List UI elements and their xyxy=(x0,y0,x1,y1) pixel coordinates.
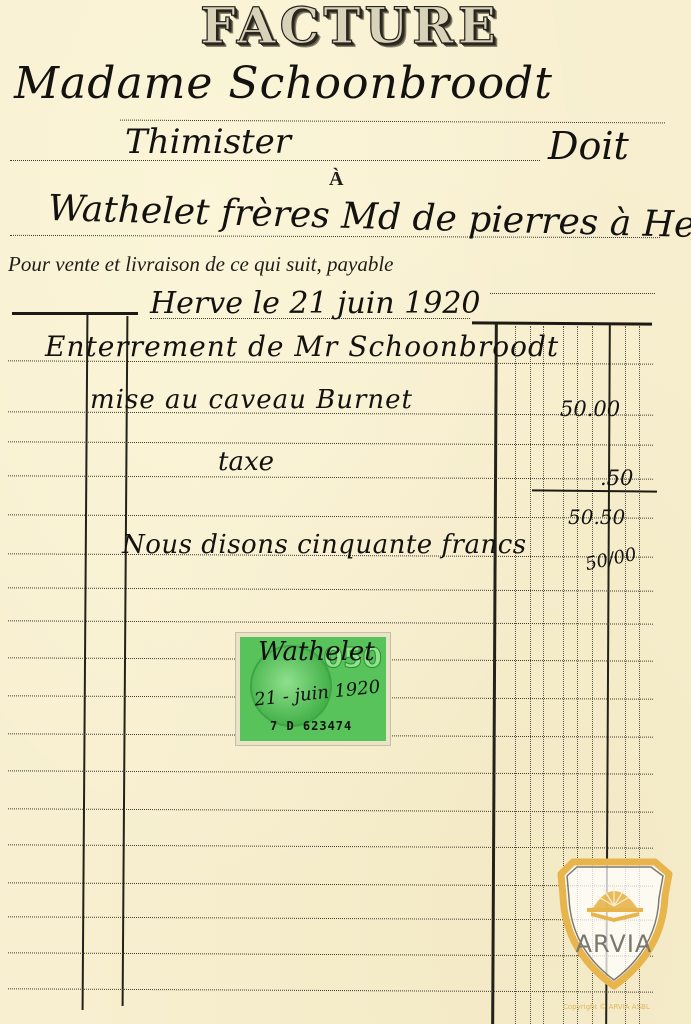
svg-text:ARVIA: ARVIA xyxy=(576,930,653,958)
payment-terms: Pour vente et livraison de ce qui suit, … xyxy=(8,252,394,277)
revenue-stamp: 050 7 D 623474 Wathelet 21 - juin 1920 xyxy=(236,633,390,745)
line-item-description: taxe xyxy=(218,447,274,477)
salutation: Madame Schoonbroodt xyxy=(14,58,553,109)
owes-label: Doit xyxy=(548,124,629,168)
line-item-amount: .50 xyxy=(600,466,633,490)
stamp-serial: 7 D 623474 xyxy=(270,719,352,733)
subtotal-amount: 50.50 xyxy=(568,505,625,529)
place-date: Herve le 21 juin 1920 xyxy=(150,286,481,321)
to-label: À xyxy=(329,168,343,191)
invoice-title: FACTURE xyxy=(150,0,550,56)
line-item-amount: 50.00 xyxy=(560,397,620,421)
rule-line xyxy=(490,293,655,294)
amount-in-words: Nous disons cinquante francs xyxy=(122,530,527,560)
arvia-logo-icon: ARVIA xyxy=(553,856,675,992)
stamp-signature: Wathelet xyxy=(258,637,375,667)
line-item-description: Enterrement de Mr Schoonbroodt xyxy=(45,330,559,363)
copyright-notice: Copyright © ARVIA ASBL xyxy=(563,1003,650,1011)
recipient-location: Thimister xyxy=(125,122,291,162)
table-top-rule-left xyxy=(12,312,138,315)
line-item-description: mise au caveau Burnet xyxy=(90,385,413,415)
